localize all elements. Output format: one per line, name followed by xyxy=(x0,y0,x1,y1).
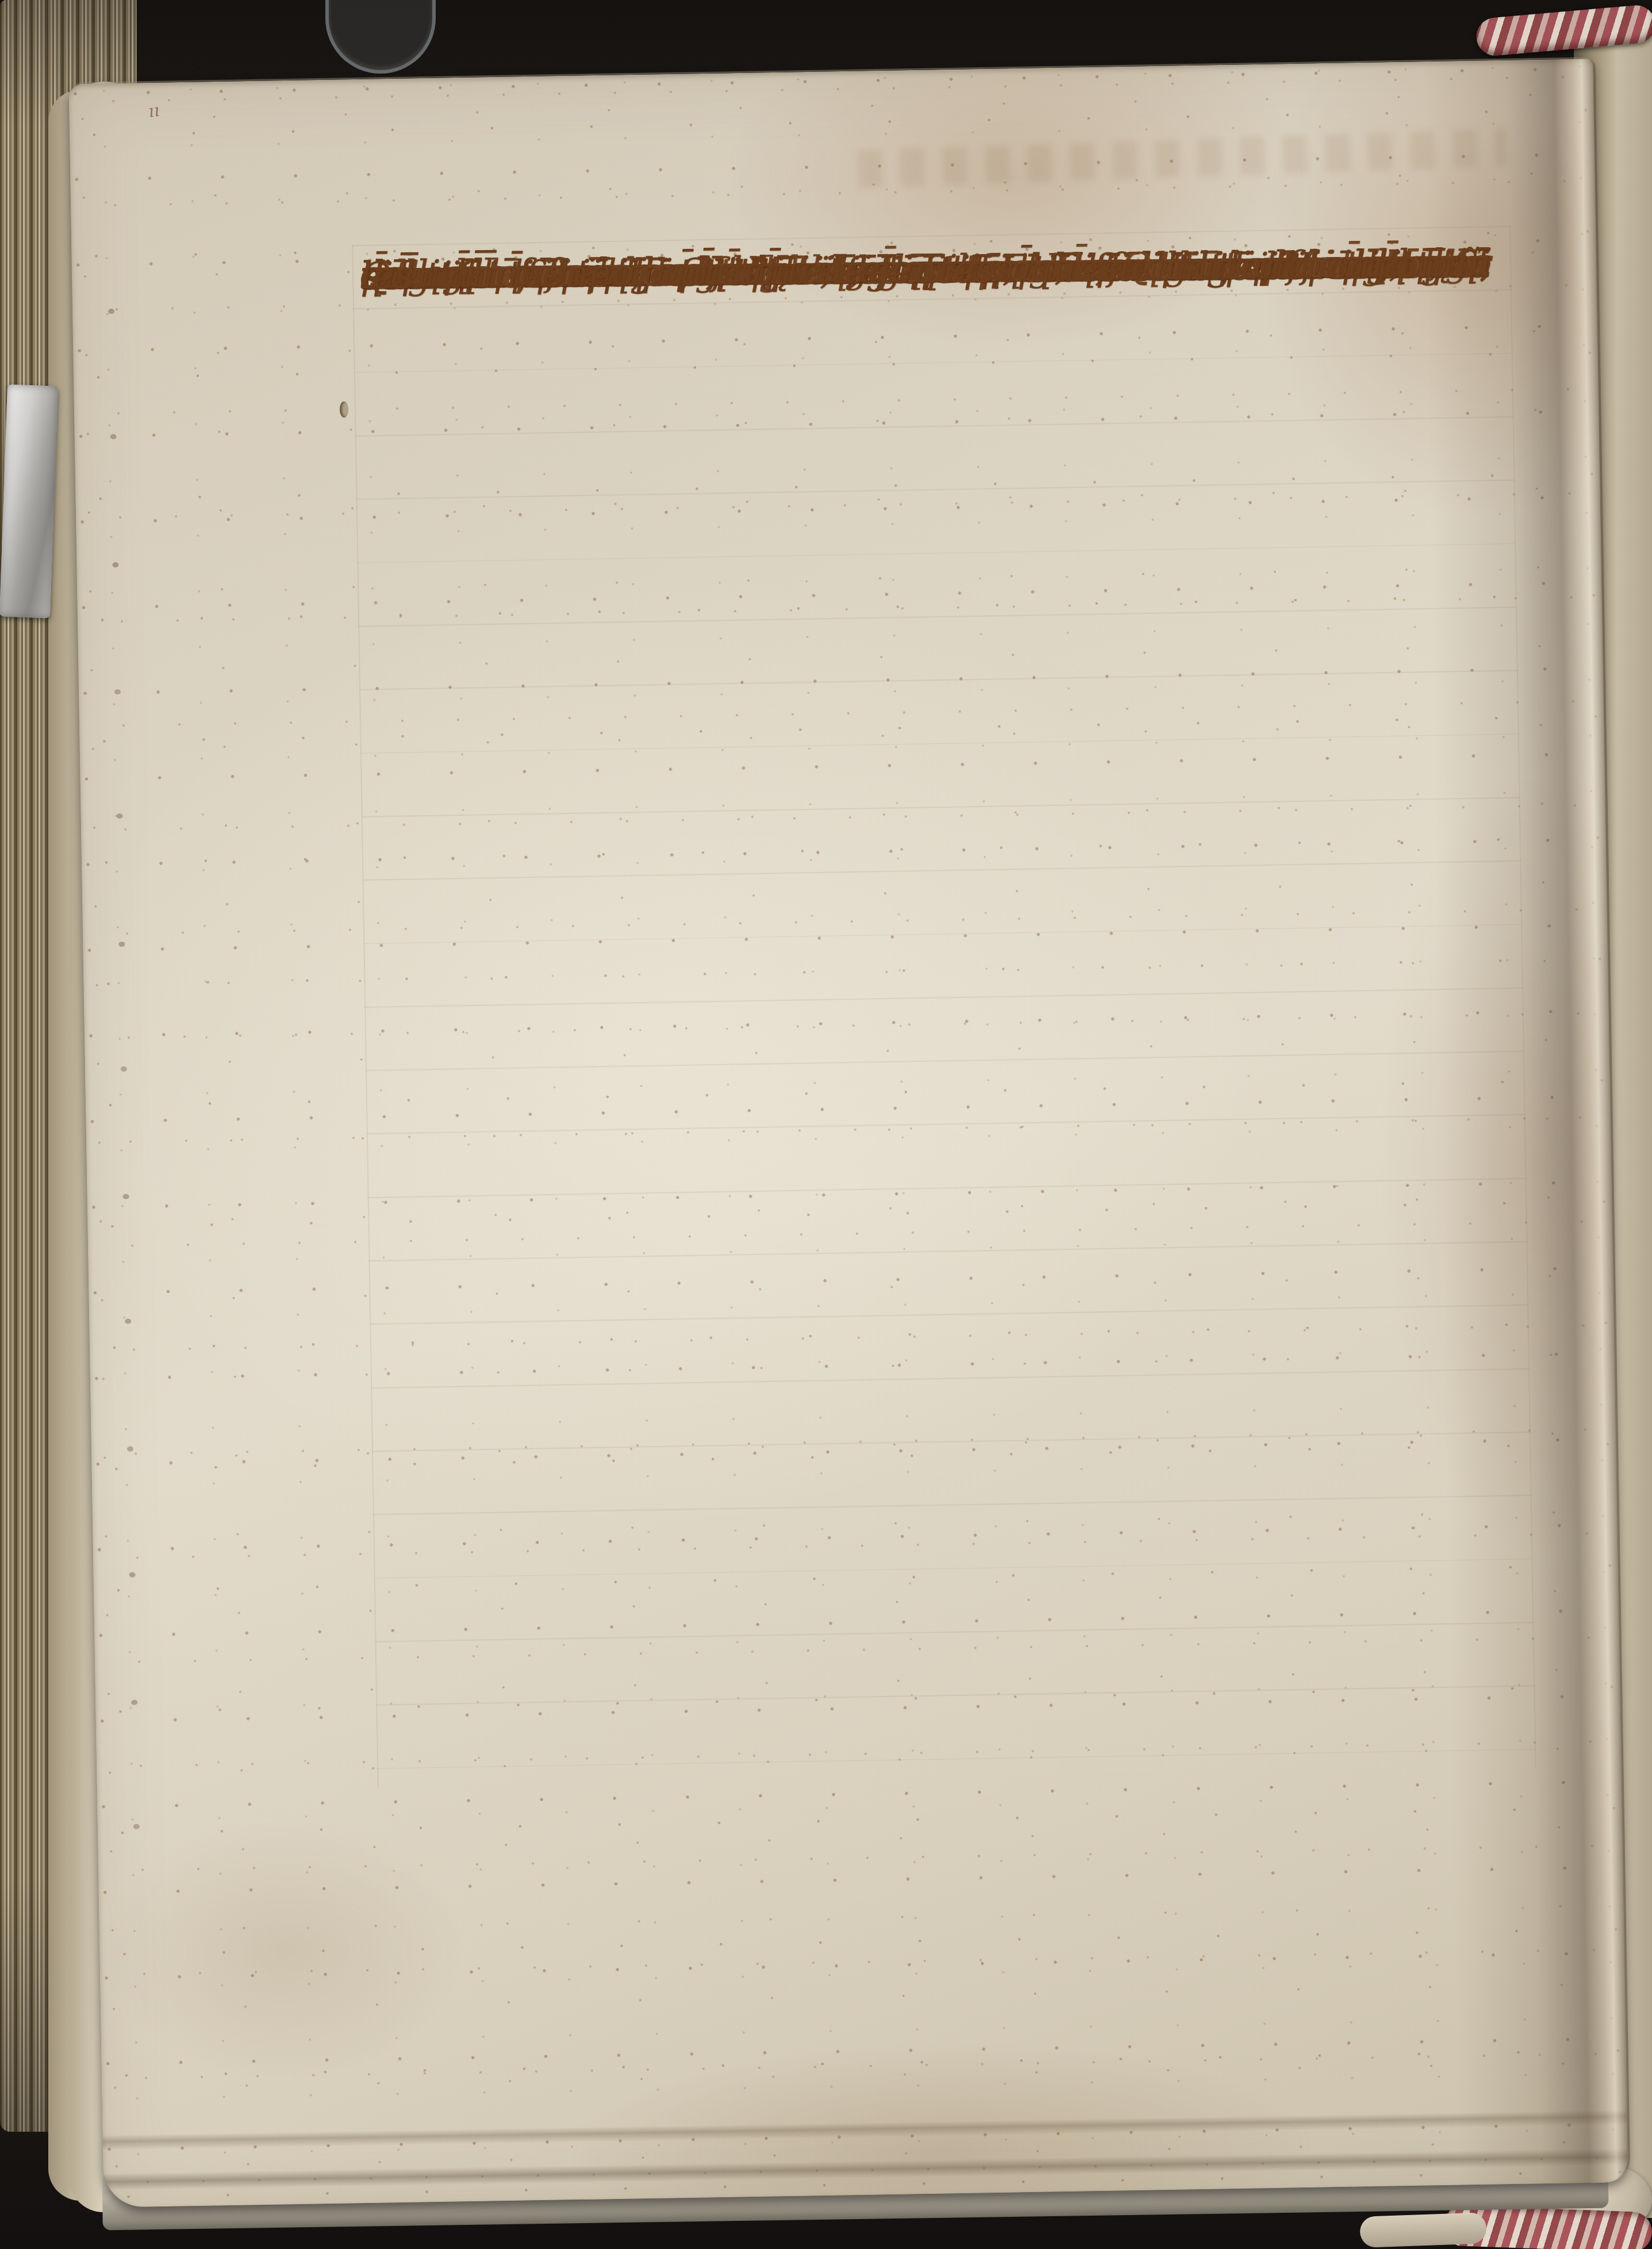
gutter-shadow xyxy=(1423,59,1630,2185)
text-block: ceteris p̄ponant̄. Nā inhoc quāmaxime of… xyxy=(360,232,1491,244)
manuscript-page: ıı ceteris p̄ponant̄. Nā inhoc quāmaxime… xyxy=(69,59,1628,2207)
folio-mark: ıı xyxy=(147,101,160,122)
ink-showthrough xyxy=(857,128,1508,188)
parchment-hole xyxy=(340,401,348,417)
plastic-strap-clip xyxy=(325,0,436,74)
tailband-fragment xyxy=(1359,2212,1487,2248)
photo-backdrop: ıı ceteris p̄ponant̄. Nā inhoc quāmaxime… xyxy=(0,0,1652,2249)
text-line: les ammoneo. ut cū legentes quesierint i… xyxy=(360,233,1492,308)
metal-clip xyxy=(0,385,58,619)
pricking-holes xyxy=(108,309,114,314)
ruling-lines xyxy=(352,226,1536,1788)
